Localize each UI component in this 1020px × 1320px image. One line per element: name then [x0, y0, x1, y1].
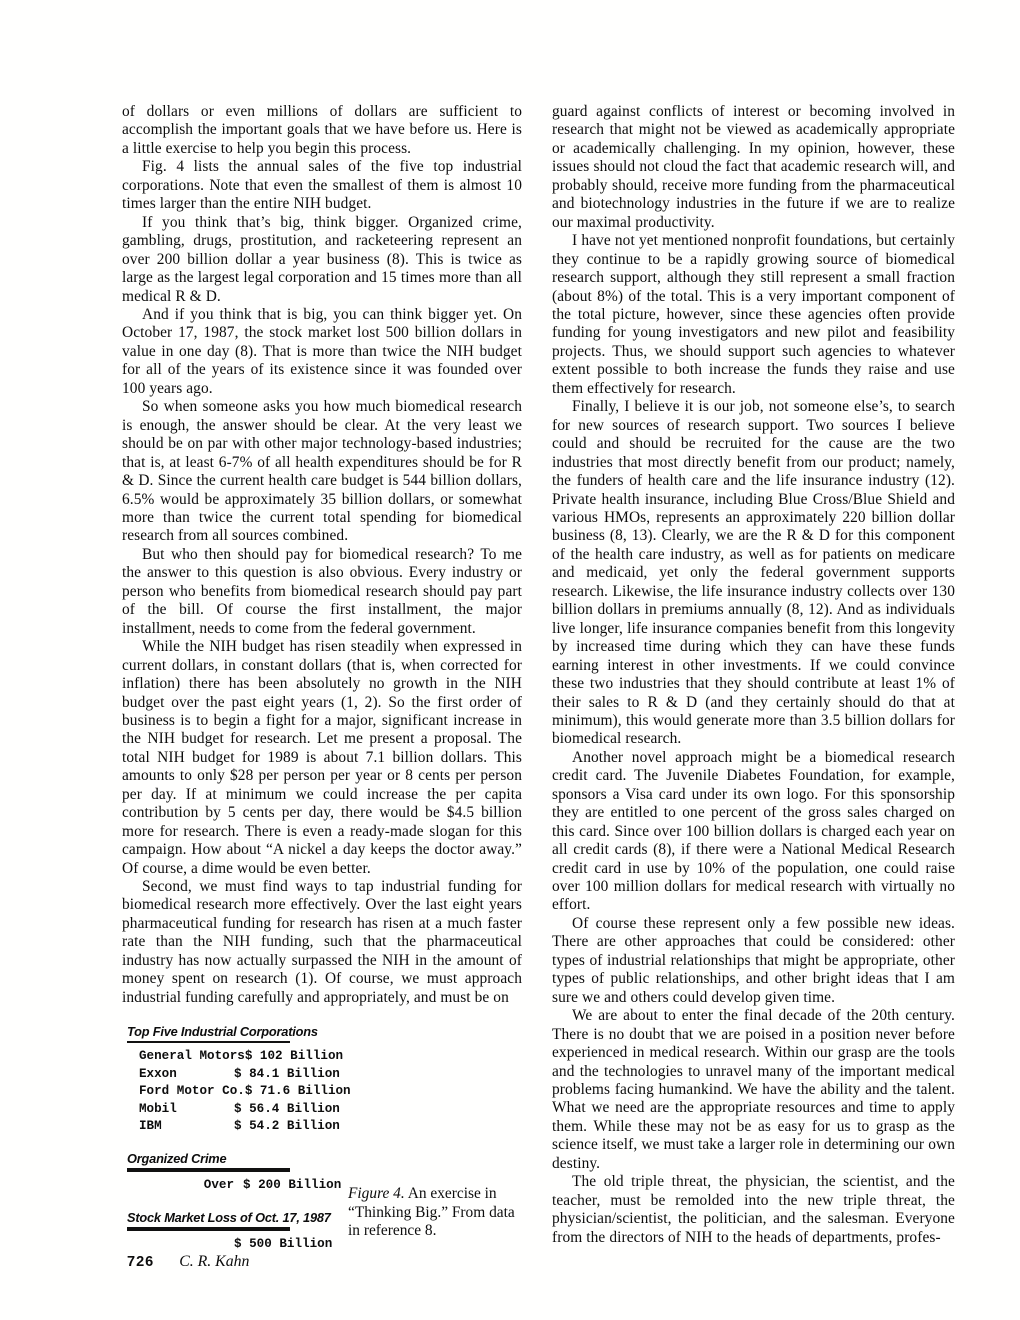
figure-section-heading: Top Five Industrial Corporations [127, 1024, 290, 1043]
figure-row-label: General Motors [139, 1048, 245, 1066]
figure-row: $ 500 Billion [127, 1236, 372, 1254]
figure-row-label [139, 1236, 234, 1254]
page-number: 726 [127, 1254, 154, 1270]
figure-section: Top Five Industrial CorporationsGeneral … [127, 1024, 372, 1136]
figure-row-amount: $ 71.6 Billion [245, 1083, 351, 1101]
figure-row-label: Ford Motor Co. [139, 1083, 245, 1101]
paper-page: of dollars or even millions of dollars a… [0, 0, 1020, 1320]
paragraph: Finally, I believe it is our job, not so… [552, 398, 955, 749]
figure-4: Top Five Industrial CorporationsGeneral … [127, 1024, 372, 1268]
paragraph: And if you think that is big, you can th… [122, 306, 522, 398]
figure-row-amount: $ 200 Billion [243, 1177, 341, 1195]
figure-row: Over$ 200 Billion [127, 1177, 372, 1195]
column-right: guard against conflicts of interest or b… [552, 103, 955, 1247]
figure-row-amount: $ 102 Billion [245, 1048, 343, 1066]
paragraph: I have not yet mentioned nonprofit found… [552, 232, 955, 398]
paragraph: Of course these represent only a few pos… [552, 915, 955, 1007]
paragraph: While the NIH budget has risen steadily … [122, 638, 522, 878]
paragraph: Second, we must find ways to tap industr… [122, 878, 522, 1007]
figure-row: Ford Motor Co.$ 71.6 Billion [127, 1083, 372, 1101]
figure-row-amount: $ 54.2 Billion [234, 1118, 340, 1136]
paragraph: of dollars or even millions of dollars a… [122, 103, 522, 158]
paragraph: But who then should pay for biomedical r… [122, 546, 522, 638]
figure-row-amount: $ 56.4 Billion [234, 1101, 340, 1119]
paragraph: Another novel approach might be a biomed… [552, 749, 955, 915]
figure-row-label: Over [139, 1177, 243, 1195]
paragraph: So when someone asks you how much biomed… [122, 398, 522, 546]
figure-row-amount: $ 500 Billion [234, 1236, 332, 1254]
figure-section-heading: Stock Market Loss of Oct. 17, 1987 [127, 1210, 290, 1231]
figure-row: Mobil$ 56.4 Billion [127, 1101, 372, 1119]
paragraph: Fig. 4 lists the annual sales of the fiv… [122, 158, 522, 213]
figure-caption-label: Figure 4. [348, 1185, 405, 1202]
running-author: C. R. Kahn [179, 1253, 249, 1270]
figure-row: IBM$ 54.2 Billion [127, 1118, 372, 1136]
paragraph: If you think that’s big, think bigger. O… [122, 214, 522, 306]
figure-section: Organized CrimeOver$ 200 Billion [127, 1151, 372, 1195]
figure-caption: Figure 4. An exercise in “Thinking Big.”… [348, 1185, 528, 1241]
figure-row: General Motors$ 102 Billion [127, 1048, 372, 1066]
paragraph: The old triple threat, the physician, th… [552, 1173, 955, 1247]
figure-row-label: IBM [139, 1118, 234, 1136]
paragraph: We are about to enter the final decade o… [552, 1007, 955, 1173]
figure-row-label: Exxon [139, 1066, 234, 1084]
column-left: of dollars or even millions of dollars a… [122, 103, 522, 1007]
figure-row: Exxon$ 84.1 Billion [127, 1066, 372, 1084]
page-footer: 726C. R. Kahn [127, 1253, 249, 1271]
paragraph: guard against conflicts of interest or b… [552, 103, 955, 232]
figure-section-heading: Organized Crime [127, 1151, 290, 1172]
figure-row-label: Mobil [139, 1101, 234, 1119]
figure-row-amount: $ 84.1 Billion [234, 1066, 340, 1084]
figure-section: Stock Market Loss of Oct. 17, 1987$ 500 … [127, 1210, 372, 1254]
